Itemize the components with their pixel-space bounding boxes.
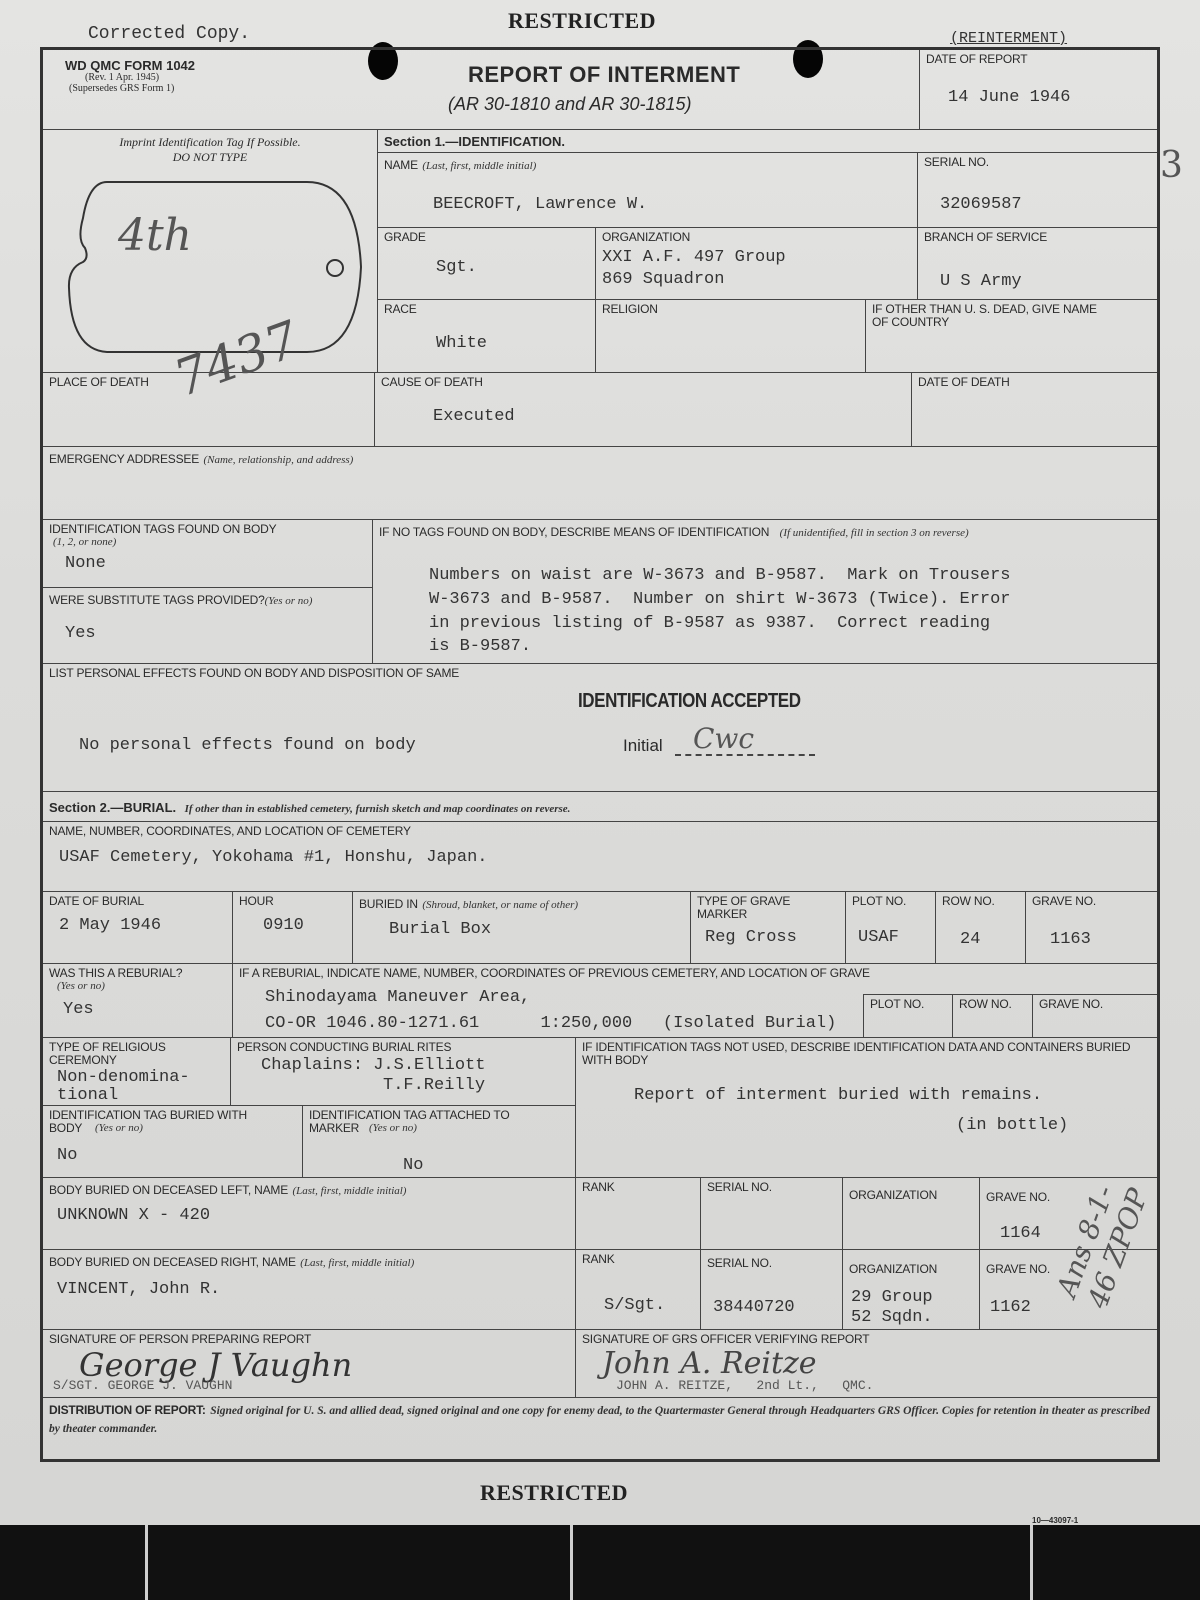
- burial-rites-line1: Chaplains: J.S.Elliott: [261, 1056, 485, 1075]
- tags-found-value: None: [65, 554, 106, 573]
- emergency-addressee-hint: (Name, relationship, and address): [203, 454, 353, 466]
- distribution-text: Signed original for U. S. and allied dea…: [49, 1405, 1150, 1435]
- row-label: ROW No.: [942, 895, 1019, 908]
- cemetery-cell: NAME, NUMBER, COORDINATES, AND LOCATION …: [43, 822, 1157, 892]
- officer-typed-name: JOHN A. REITZE, 2nd Lt., QMC.: [616, 1378, 873, 1393]
- left-body-hint: (Last, first, middle initial): [292, 1185, 406, 1197]
- right-org-label: ORGANIZATION: [849, 1263, 973, 1276]
- tags-found-hint: (1, 2, or none): [53, 536, 366, 548]
- right-rank-cell: RANK S/Sgt.: [576, 1250, 701, 1330]
- margin-mark: 3: [1160, 145, 1183, 186]
- plot-cell: PLOT No. USAF: [846, 892, 936, 964]
- right-serial-label: SERIAL No.: [707, 1257, 836, 1270]
- tag-buried-hint: (Yes or no): [59, 1122, 296, 1134]
- race-value: White: [436, 334, 487, 353]
- place-of-death-cell: PLACE OF DEATH: [43, 373, 375, 447]
- left-org-cell: ORGANIZATION: [843, 1178, 980, 1250]
- organization-line1: XXI A.F. 497 Group: [602, 248, 786, 267]
- burial-rites-label: PERSON CONDUCTING BURIAL RITES: [237, 1041, 569, 1054]
- religion-label: RELIGION: [602, 303, 859, 316]
- right-org-line1: 29 Group: [851, 1288, 933, 1307]
- previous-cemetery-line2: CO-OR 1046.80-1271.61 1:250,000 (Isolate…: [265, 1014, 836, 1033]
- prev-row-cell: ROW No.: [953, 994, 1033, 1038]
- branch-value: U S Army: [940, 272, 1022, 291]
- emergency-addressee-label: EMERGENCY ADDRESSEE: [49, 452, 199, 466]
- prev-grave-cell: GRAVE No.: [1033, 994, 1157, 1038]
- identification-means-line2: W-3673 and B-9587. Number on shirt W-367…: [429, 590, 1011, 609]
- organization-cell: ORGANIZATION XXI A.F. 497 Group 869 Squa…: [596, 228, 918, 300]
- id-data-line1: Report of interment buried with remains.: [634, 1086, 1042, 1105]
- ceremony-label: TYPE OF RELIGIOUS CEREMONY: [49, 1041, 189, 1067]
- identification-means-line3: in previous listing of B-9587 as 9387. C…: [429, 614, 990, 633]
- hour-label: HOUR: [239, 895, 346, 908]
- section1-title: Section 1.—IDENTIFICATION.: [384, 134, 565, 149]
- identification-means-line4: is B-9587.: [429, 637, 531, 656]
- id-data-cell: IF IDENTIFICATION TAGS NOT USED, DESCRIB…: [576, 1038, 1157, 1178]
- preparer-typed-name: S/SGT. GEORGE J. VAUGHN: [53, 1378, 232, 1393]
- do-not-type-note: DO NOT TYPE: [49, 150, 371, 165]
- plot-label: PLOT No.: [852, 895, 929, 908]
- personal-effects-label: LIST PERSONAL EFFECTS FOUND ON BODY AND …: [49, 667, 1151, 680]
- tags-found-cell: IDENTIFICATION TAGS FOUND ON BODY (1, 2,…: [43, 520, 373, 588]
- left-org-label: ORGANIZATION: [849, 1189, 973, 1202]
- substitute-tags-hint: (Yes or no): [265, 595, 313, 607]
- tag-marker-value: No: [403, 1156, 423, 1175]
- officer-signature-cell: SIGNATURE OF GRS OFFICER VERIFYING REPOR…: [576, 1330, 1157, 1398]
- cause-of-death-label: CAUSE OF DEATH: [381, 376, 905, 389]
- burial-rites-cell: PERSON CONDUCTING BURIAL RITES Chaplains…: [231, 1038, 576, 1106]
- tags-found-label: IDENTIFICATION TAGS FOUND ON BODY: [49, 523, 366, 536]
- right-body-hint: (Last, first, middle initial): [300, 1257, 414, 1269]
- serial-value: 32069587: [940, 195, 1022, 214]
- grade-value: Sgt.: [436, 258, 477, 277]
- race-cell: RACE White: [378, 300, 596, 373]
- right-serial-cell: SERIAL No. 38440720: [701, 1250, 843, 1330]
- right-body-cell: BODY BURIED ON DECEASED RIGHT, NAME (Las…: [43, 1250, 576, 1330]
- place-of-death-label: PLACE OF DEATH: [49, 376, 368, 389]
- right-rank-value: S/Sgt.: [604, 1296, 665, 1315]
- organization-label: ORGANIZATION: [602, 231, 911, 244]
- left-grave-value: 1164: [1000, 1224, 1041, 1243]
- date-of-report-cell: DATE OF REPORT 14 June 1946: [920, 50, 1157, 130]
- dog-tag-outline-icon: [67, 178, 367, 356]
- reburial-value: Yes: [63, 1000, 94, 1019]
- personal-effects-cell: LIST PERSONAL EFFECTS FOUND ON BODY AND …: [43, 664, 1157, 792]
- emergency-addressee-cell: EMERGENCY ADDRESSEE (Name, relationship,…: [43, 447, 1157, 520]
- left-body-name: UNKNOWN X - 420: [57, 1206, 210, 1225]
- grade-label: GRADE: [384, 231, 589, 244]
- form-regulations: (AR 30-1810 and AR 30-1815): [448, 94, 691, 115]
- hour-value: 0910: [263, 916, 304, 935]
- right-org-cell: ORGANIZATION 29 Group 52 Sqdn.: [843, 1250, 980, 1330]
- name-hint: (Last, first, middle initial): [422, 160, 536, 172]
- left-rank-cell: RANK: [576, 1178, 701, 1250]
- tag-marker-cell: IDENTIFICATION TAG ATTACHED TO MARKER (Y…: [303, 1106, 576, 1178]
- right-org-line2: 52 Sqdn.: [851, 1308, 933, 1327]
- row-cell: ROW No. 24: [936, 892, 1026, 964]
- date-of-report-value: 14 June 1946: [948, 88, 1070, 107]
- distribution-cell: DISTRIBUTION OF REPORT: Signed original …: [43, 1398, 1157, 1459]
- form-number: WD QMC FORM 1042: [65, 58, 195, 73]
- religion-cell: RELIGION: [596, 300, 866, 373]
- corrected-copy-note: Corrected Copy.: [88, 24, 250, 44]
- other-country-label: IF OTHER THAN U. S. DEAD, GIVE NAME OF C…: [872, 303, 1102, 329]
- ceremony-line1: Non-denomina-: [57, 1068, 190, 1087]
- prev-grave-label: GRAVE No.: [1039, 998, 1151, 1011]
- cause-of-death-cell: CAUSE OF DEATH Executed: [375, 373, 912, 447]
- identification-means-label: IF NO TAGS FOUND ON BODY, DESCRIBE MEANS…: [379, 525, 769, 539]
- id-data-label: IF IDENTIFICATION TAGS NOT USED, DESCRIB…: [582, 1041, 1151, 1067]
- officer-signature-label: SIGNATURE OF GRS OFFICER VERIFYING REPOR…: [582, 1333, 1151, 1346]
- tag-imprint-cell: Imprint Identification Tag If Possible. …: [43, 130, 378, 373]
- grave-label: GRAVE No.: [1032, 895, 1151, 908]
- date-of-burial-label: DATE OF BURIAL: [49, 895, 226, 908]
- print-code: 10—43097-1: [1032, 1516, 1078, 1525]
- identification-accepted-stamp: IDENTIFICATION ACCEPTED: [578, 690, 801, 713]
- reinterment-note: (REINTERMENT): [950, 30, 1067, 47]
- previous-cemetery-label: IF A REBURIAL, INDICATE NAME, NUMBER, CO…: [239, 967, 1151, 980]
- document-page: Corrected Copy. RESTRICTED (REINTERMENT)…: [0, 0, 1200, 1525]
- date-of-report-label: DATE OF REPORT: [926, 53, 1151, 66]
- serial-cell: SERIAL No. 32069587: [918, 153, 1157, 228]
- plot-value: USAF: [858, 928, 899, 947]
- buried-in-value: Burial Box: [389, 920, 491, 939]
- grave-marker-label: TYPE OF GRAVE MARKER: [697, 895, 807, 921]
- preparer-signature-label: SIGNATURE OF PERSON PREPARING REPORT: [49, 1333, 569, 1346]
- grave-marker-value: Reg Cross: [705, 928, 797, 947]
- substitute-tags-value: Yes: [65, 624, 96, 643]
- date-of-death-label: DATE OF DEATH: [918, 376, 1151, 389]
- initial-signature: Cwc: [693, 722, 754, 755]
- id-data-line2: (in bottle): [956, 1116, 1068, 1135]
- prev-plot-cell: PLOT No.: [863, 994, 953, 1038]
- right-rank-label: RANK: [582, 1253, 694, 1266]
- reburial-hint: (Yes or no): [57, 980, 226, 992]
- cause-of-death-value: Executed: [433, 407, 515, 426]
- form-title-block: WD QMC FORM 1042 (Rev. 1 Apr. 1945) (Sup…: [43, 50, 920, 130]
- form-revision: (Rev. 1 Apr. 1945): [85, 72, 159, 83]
- branch-label: BRANCH OF SERVICE: [924, 231, 1151, 244]
- date-of-burial-value: 2 May 1946: [59, 916, 161, 935]
- buried-in-hint: (Shroud, blanket, or name of other): [422, 899, 578, 911]
- right-body-name: VINCENT, John R.: [57, 1280, 220, 1299]
- form-frame: WD QMC FORM 1042 (Rev. 1 Apr. 1945) (Sup…: [40, 47, 1160, 1462]
- right-serial-value: 38440720: [713, 1298, 795, 1317]
- tag-buried-value: No: [57, 1146, 77, 1165]
- tag-buried-cell: IDENTIFICATION TAG BURIED WITH BODY (Yes…: [43, 1106, 303, 1178]
- reburial-label: WAS THIS A REBURIAL?: [49, 967, 226, 980]
- serial-label: SERIAL No.: [924, 156, 1151, 169]
- name-value: BEECROFT, Lawrence W.: [433, 195, 647, 214]
- left-body-label: BODY BURIED ON DECEASED LEFT, NAME: [49, 1183, 288, 1197]
- row-value: 24: [960, 930, 980, 949]
- form-title: REPORT OF INTERMENT: [468, 62, 740, 88]
- buried-in-cell: BURIED IN (Shroud, blanket, or name of o…: [353, 892, 691, 964]
- prev-plot-label: PLOT No.: [870, 998, 946, 1011]
- ceremony-cell: TYPE OF RELIGIOUS CEREMONY Non-denomina-…: [43, 1038, 231, 1106]
- previous-cemetery-line1: Shinodayama Maneuver Area,: [265, 988, 530, 1007]
- identification-means-hint: (If unidentified, fill in section 3 on r…: [780, 527, 969, 539]
- organization-line2: 869 Squadron: [602, 270, 724, 289]
- grave-value: 1163: [1050, 930, 1091, 949]
- other-country-cell: IF OTHER THAN U. S. DEAD, GIVE NAME OF C…: [866, 300, 1157, 373]
- handwritten-4th: 4th: [118, 210, 192, 261]
- name-cell: NAME (Last, first, middle initial) BEECR…: [378, 153, 918, 228]
- section2-hint: If other than in established cemetery, f…: [185, 803, 571, 815]
- name-label: NAME: [384, 158, 418, 172]
- reburial-cell: WAS THIS A REBURIAL? (Yes or no) Yes: [43, 964, 233, 1038]
- left-body-cell: BODY BURIED ON DECEASED LEFT, NAME (Last…: [43, 1178, 576, 1250]
- section2-header: Section 2.—BURIAL. If other than in esta…: [43, 792, 1157, 822]
- ceremony-line2: tional: [57, 1086, 118, 1105]
- substitute-tags-label: WERE SUBSTITUTE TAGS PROVIDED?: [49, 593, 265, 607]
- grave-marker-cell: TYPE OF GRAVE MARKER Reg Cross: [691, 892, 846, 964]
- restricted-footer: RESTRICTED: [480, 1480, 628, 1506]
- grade-cell: GRADE Sgt.: [378, 228, 596, 300]
- identification-means-line1: Numbers on waist are W-3673 and B-9587. …: [429, 566, 1011, 585]
- section1-header: Section 1.—IDENTIFICATION.: [378, 130, 1157, 153]
- left-serial-cell: SERIAL No.: [701, 1178, 843, 1250]
- restricted-header: RESTRICTED: [508, 8, 656, 34]
- right-grave-value: 1162: [990, 1298, 1031, 1317]
- burial-rites-line2: T.F.Reilly: [383, 1076, 485, 1095]
- substitute-tags-cell: WERE SUBSTITUTE TAGS PROVIDED?(Yes or no…: [43, 588, 373, 664]
- background-surface: [0, 1525, 1200, 1600]
- left-rank-label: RANK: [582, 1181, 694, 1194]
- initial-label: Initial: [623, 736, 663, 756]
- right-body-label: BODY BURIED ON DECEASED RIGHT, NAME: [49, 1255, 296, 1269]
- cemetery-value: USAF Cemetery, Yokohama #1, Honshu, Japa…: [59, 848, 487, 867]
- cemetery-label: NAME, NUMBER, COORDINATES, AND LOCATION …: [49, 825, 1151, 838]
- form-supersedes: (Supersedes GRS Form 1): [69, 83, 174, 94]
- officer-signature: John A. Reitze: [602, 1346, 817, 1381]
- tag-imprint-instruction: Imprint Identification Tag If Possible.: [49, 135, 371, 150]
- date-of-death-cell: DATE OF DEATH: [912, 373, 1157, 447]
- branch-cell: BRANCH OF SERVICE U S Army: [918, 228, 1157, 300]
- preparer-signature-cell: SIGNATURE OF PERSON PREPARING REPORT Geo…: [43, 1330, 576, 1398]
- race-label: RACE: [384, 303, 589, 316]
- personal-effects-value: No personal effects found on body: [79, 736, 416, 755]
- left-serial-label: SERIAL No.: [707, 1181, 836, 1194]
- previous-cemetery-cell: IF A REBURIAL, INDICATE NAME, NUMBER, CO…: [233, 964, 1157, 1038]
- section2-title: Section 2.—BURIAL.: [49, 800, 176, 815]
- hour-cell: HOUR 0910: [233, 892, 353, 964]
- date-of-burial-cell: DATE OF BURIAL 2 May 1946: [43, 892, 233, 964]
- prev-row-label: ROW No.: [959, 998, 1026, 1011]
- identification-means-cell: IF NO TAGS FOUND ON BODY, DESCRIBE MEANS…: [373, 520, 1157, 664]
- grave-cell: GRAVE No. 1163: [1026, 892, 1157, 964]
- distribution-label: DISTRIBUTION OF REPORT:: [49, 1403, 206, 1417]
- buried-in-label: BURIED IN: [359, 897, 418, 911]
